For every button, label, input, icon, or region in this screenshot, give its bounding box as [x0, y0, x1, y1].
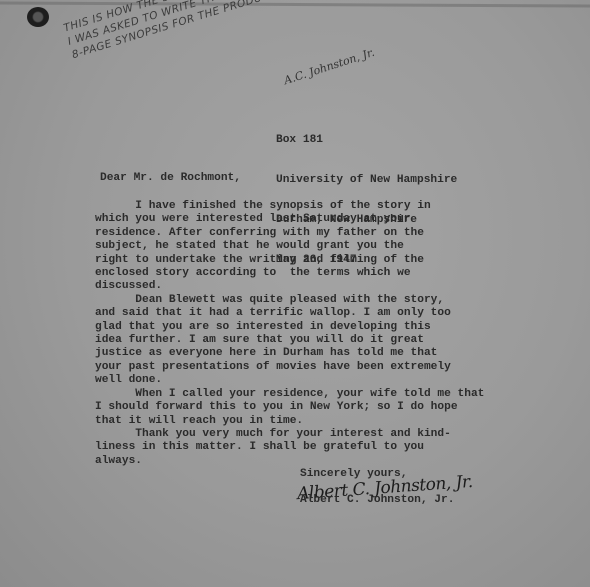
body-line: and said that it had a terrific wallop. … [95, 307, 484, 320]
handwritten-note: THIS IS HOW THE STORY FIRST STARTED I WA… [62, 0, 295, 62]
body-line: that it will reach you in time. [95, 415, 484, 428]
handwritten-initials: A.C. Johnston, Jr. [282, 46, 376, 88]
body-line: I have finished the synopsis of the stor… [95, 200, 484, 213]
salutation: Dear Mr. de Rochmont, [100, 172, 241, 185]
body-line: right to undertake the writing and filmi… [95, 254, 484, 267]
address-line: University of New Hampshire [276, 174, 457, 187]
body-line: your past presentations of movies have b… [95, 361, 484, 374]
body-line: When I called your residence, your wife … [95, 388, 484, 401]
body-line: well done. [95, 374, 484, 387]
body-line: enclosed story according to the terms wh… [95, 267, 484, 280]
body-line: Thank you very much for your interest an… [95, 428, 484, 441]
body-line: idea further. I am sure that you will do… [95, 334, 484, 347]
typed-name: Albert C. Johnston, Jr. [300, 494, 454, 507]
body-line: which you were interested last Saturday … [95, 213, 484, 226]
body-line: glad that you are so interested in devel… [95, 321, 484, 334]
body-line: liness in this matter. I shall be gratef… [95, 441, 484, 454]
body-line: residence. After conferring with my fath… [95, 227, 484, 240]
body-line: justice as everyone here in Durham has t… [95, 347, 484, 360]
paper-top-edge [0, 1, 590, 7]
punch-hole [27, 7, 49, 27]
body-line: discussed. [95, 280, 484, 293]
letter-body: I have finished the synopsis of the stor… [95, 200, 484, 468]
body-line: I should forward this to you in New York… [95, 401, 484, 414]
body-line: subject, he stated that he would grant y… [95, 240, 484, 253]
body-line: Dean Blewett was quite pleased with the … [95, 294, 484, 307]
address-line: Box 181 [276, 134, 457, 147]
body-line: always. [95, 455, 484, 468]
